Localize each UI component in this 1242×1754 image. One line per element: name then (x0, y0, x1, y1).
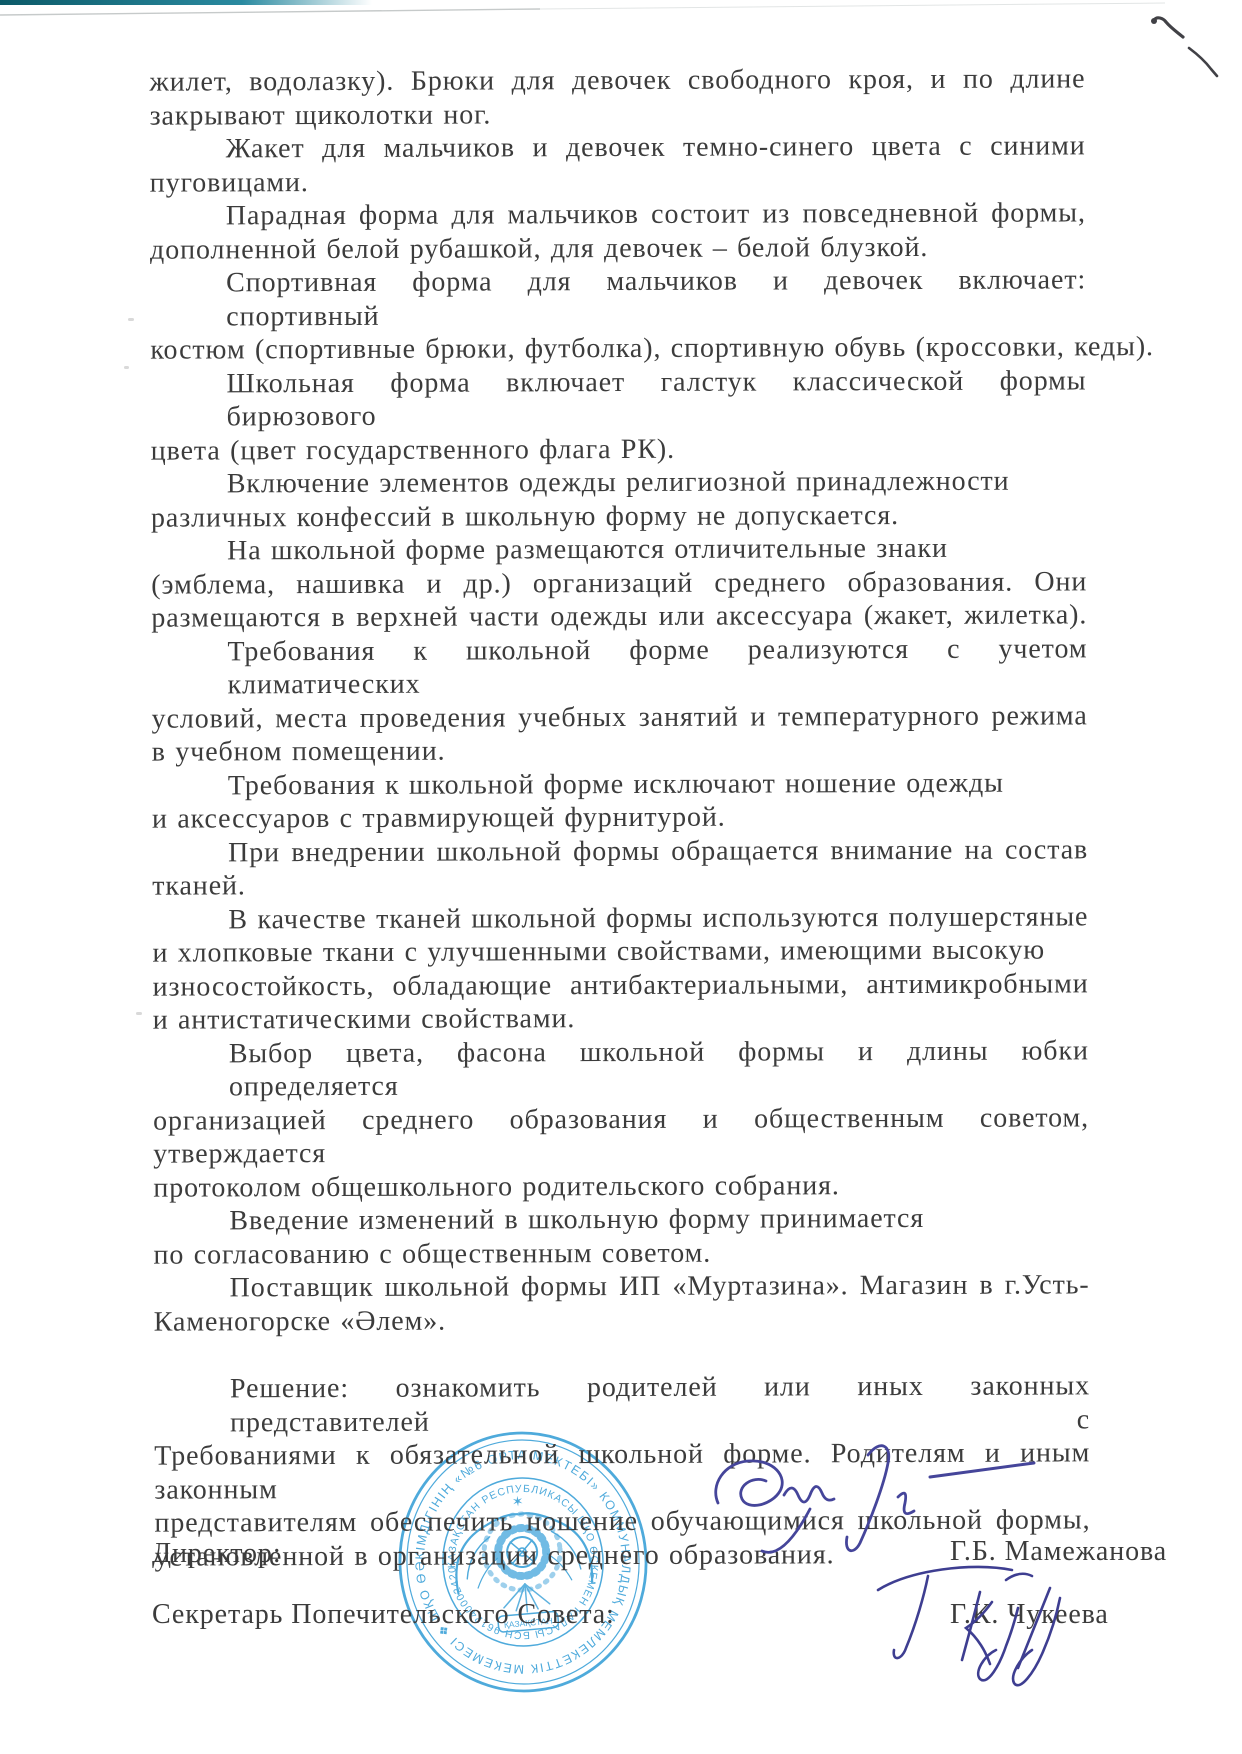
scanned-document-page: { "page": { "background": "#ffffff", "te… (0, 0, 1242, 1754)
text-line: Поставщик школьной формы ИП «Муртазина».… (154, 1268, 1090, 1305)
text-line: Введение изменений в школьную форму прин… (153, 1201, 1089, 1238)
scan-speck (128, 318, 134, 321)
text-line: различных конфессий в школьную форму не … (151, 498, 1087, 535)
text-line: Школьная форма включает галстук классиче… (150, 364, 1086, 434)
text-line: дополненной белой рубашкой, для девочек … (150, 230, 1086, 267)
text-line: Парадная форма для мальчиков состоит из … (150, 196, 1086, 233)
paragraph: Введение изменений в школьную форму прин… (153, 1201, 1089, 1271)
paragraph: Жакет для мальчиков и девочек темно-сине… (150, 129, 1086, 199)
paragraph: На школьной форме размещаются отличитель… (151, 531, 1087, 635)
text-line: в учебном помещении. (152, 732, 1088, 769)
text-line: Спортивная форма для мальчиков и девочек… (150, 263, 1086, 333)
paragraph: Требования к школьной форме реализуются … (151, 632, 1087, 769)
paragraph: При внедрении школьной формы обращается … (152, 833, 1088, 903)
text-line: тканей. (152, 866, 1088, 903)
text-line: Жакет для мальчиков и девочек темно-сине… (150, 129, 1086, 166)
text-line: Выбор цвета, фасона школьной формы и дли… (153, 1034, 1089, 1104)
text-line: В качестве тканей школьной формы использ… (152, 900, 1088, 937)
paragraph: Требования к школьной форме исключают но… (152, 766, 1088, 836)
text-line: размещаются в верхней части одежды или а… (151, 598, 1087, 635)
text-line: Требования к школьной форме реализуются … (151, 632, 1087, 702)
text-line: закрывают щиколотки ног. (149, 96, 1085, 133)
scan-speck (124, 366, 129, 369)
paragraph: Школьная форма включает галстук классиче… (150, 364, 1086, 468)
text-line: и хлопковые ткани с улучшенными свойства… (152, 933, 1088, 970)
text-line: При внедрении школьной формы обращается … (152, 833, 1088, 870)
fold-line (0, 0, 1242, 40)
secretary-label: Секретарь Попечительского Совета: (152, 1599, 615, 1631)
pen-mark-icon (1130, 8, 1242, 78)
text-line: пуговицами. (150, 163, 1086, 200)
paragraph: Поставщик школьной формы ИП «Муртазина».… (154, 1268, 1090, 1338)
paragraph: жилет, водолазку). Брюки для девочек сво… (149, 62, 1085, 132)
text-line: условий, места проведения учебных заняти… (152, 699, 1088, 736)
paragraph: Парадная форма для мальчиков состоит из … (150, 196, 1086, 266)
scan-speck (136, 1012, 142, 1015)
text-line: и аксессуаров с травмирующей фурнитурой. (152, 799, 1088, 836)
director-label: Директор: (152, 1538, 282, 1570)
paragraph: В качестве тканей школьной формы использ… (152, 900, 1088, 1037)
paragraph: Спортивная форма для мальчиков и девочек… (150, 263, 1086, 367)
text-line: жилет, водолазку). Брюки для девочек сво… (149, 62, 1085, 99)
text-line: цвета (цвет государственного флага РК). (151, 431, 1087, 468)
text-line: На школьной форме размещаются отличитель… (151, 531, 1087, 568)
text-line: по согласованию с общественным советом. (153, 1235, 1089, 1272)
text-line: Включение элементов одежды религиозной п… (151, 464, 1087, 501)
text-line: (эмблема, нашивка и др.) организаций сре… (151, 565, 1087, 602)
text-line: Требования к школьной форме исключают но… (152, 766, 1088, 803)
text-line: организацией среднего образования и обще… (153, 1101, 1089, 1171)
paragraph: Выбор цвета, фасона школьной формы и дли… (153, 1034, 1090, 1205)
text-line: износостойкость, обладающие антибактериа… (153, 967, 1089, 1004)
text-line: костюм (спортивные брюки, футболка), спо… (150, 330, 1086, 367)
secretary-signature (820, 1532, 1140, 1707)
text-line: протоколом общешкольного родительского с… (153, 1168, 1089, 1205)
text-line: и антистатическими свойствами. (153, 1000, 1089, 1037)
document-body: жилет, водолазку). Брюки для девочек сво… (149, 62, 1090, 1573)
text-line: Каменогорске «Әлем». (154, 1302, 1090, 1339)
paragraph: Включение элементов одежды религиозной п… (151, 464, 1087, 534)
